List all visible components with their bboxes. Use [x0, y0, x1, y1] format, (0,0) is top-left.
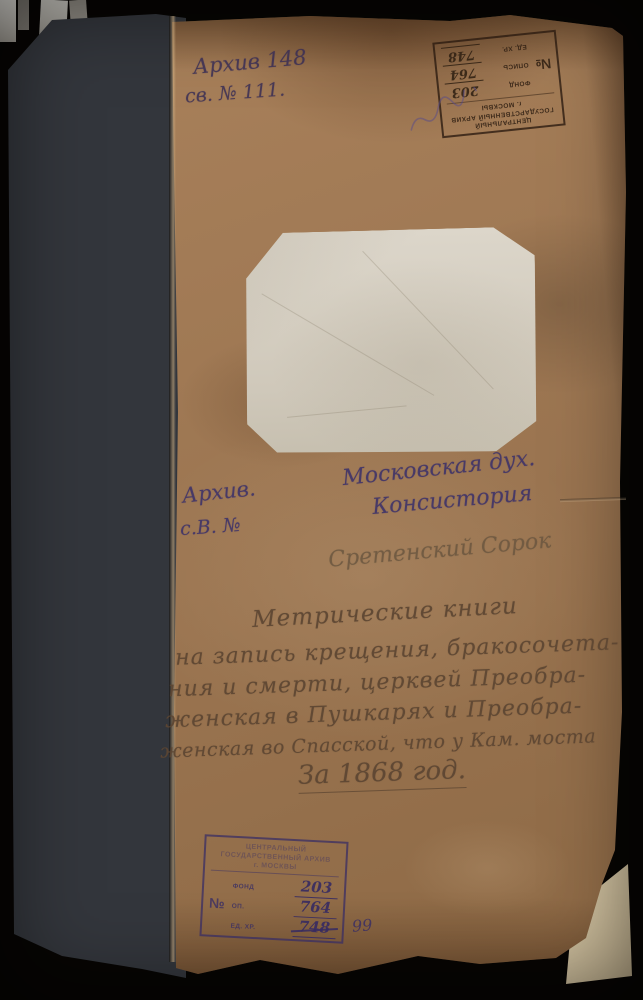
stamp-number-sign: № — [535, 55, 552, 73]
stamp-ed-hr-value: 748 — [292, 917, 336, 939]
label-crease — [362, 251, 494, 390]
stamp-number-sign: № — [209, 895, 225, 912]
pasted-label — [242, 226, 540, 458]
stamp-ed-hr-label: ЕД. ХР. — [230, 923, 255, 931]
stamp-fond-label: ФОНД — [232, 883, 254, 891]
label-crease — [261, 293, 434, 395]
background-shelf-object — [0, 0, 16, 42]
stamp-opis-value: 764 — [293, 897, 337, 919]
stamp-opis-label: ОПИСЬ — [503, 61, 529, 71]
sheet-number: 99 — [351, 917, 372, 934]
stamp-fond-label: ФОНД — [509, 79, 531, 88]
stamp-fond-value: 203 — [294, 877, 338, 899]
stamp-ed-hr-label: ЕД. ХР. — [502, 43, 527, 53]
label-crease — [287, 405, 407, 417]
book-cover-photo: Архив 148 св. № 111. ЦЕНТРАЛЬНЫЙ ГОСУДАР… — [0, 0, 643, 1000]
inscription-left-line2: с.В. № — [179, 516, 241, 539]
paper-torn-edge — [169, 16, 176, 962]
background-shelf-object — [18, 0, 29, 30]
archive-stamp-bottom: ЦЕНТРАЛЬНЫЙ ГОСУДАРСТВЕННЫЙ АРХИВ г. МОС… — [199, 834, 348, 943]
cloth-spine — [6, 12, 186, 978]
title-year: За 1868 год. — [298, 755, 467, 794]
stamp-opis-label: ОП. — [231, 903, 244, 911]
